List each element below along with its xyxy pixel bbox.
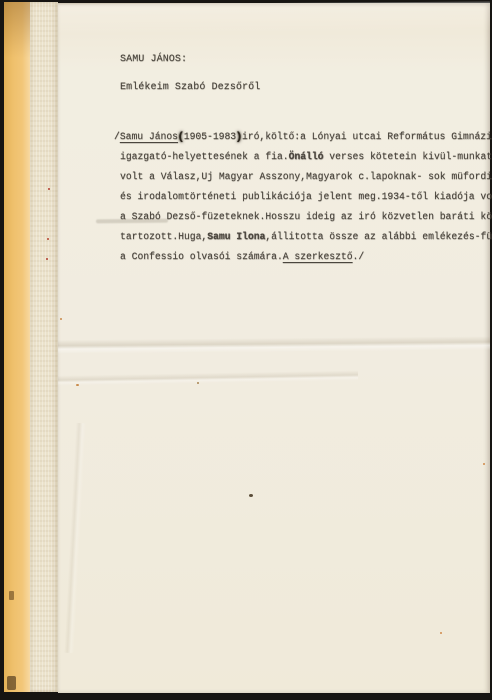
document-title: Emlékeim Szabó Dezsőről (120, 82, 260, 93)
strip-stain-top (4, 2, 30, 58)
typed-line: a Szabó Dezső-füzeteknek.Hosszu ideig az… (120, 207, 492, 227)
text-segment: a Confessio olvasói számára. (120, 251, 283, 262)
typed-line: a Confessio olvasói számára.A szerkesztő… (120, 247, 492, 267)
fold-crease-vertical (64, 423, 86, 653)
text-segment: igazgató-helyettesének a fia. (120, 151, 289, 162)
fold-crease-left (58, 370, 358, 385)
paper-speck (48, 188, 50, 190)
binding-strip-orange (4, 2, 30, 692)
strip-mark-dash (9, 591, 14, 600)
typed-line: és irodalomtörténeti publikációja jelent… (120, 187, 492, 207)
text-segment: ( (177, 126, 185, 149)
author-heading: SAMU JÁNOS: (120, 54, 187, 65)
paper-light-band (58, 1, 490, 34)
typed-line: igazgató-helyettesének a fia.Önálló vers… (120, 147, 492, 167)
binding-strip-cream (30, 2, 58, 692)
text-segment: verses kötetein kivül-munkatársa (323, 151, 492, 162)
text-segment: volt a Válasz,Uj Magyar Asszony,Magyarok… (120, 171, 492, 182)
paper-speck (249, 494, 253, 497)
text-segment: és irodalomtörténeti publikációja jelent… (120, 191, 492, 202)
paper-speck (483, 463, 485, 465)
document-page: SAMU JÁNOS: Emlékeim Szabó Dezsőről /Sam… (58, 3, 490, 693)
text-segment: Samu Ilona (207, 231, 265, 242)
text-segment: ) (235, 126, 243, 149)
text-segment: Samu János (120, 131, 178, 142)
paper-speck (76, 384, 79, 386)
typed-line: tartozott.Huga,Samu Ilona,állitotta össz… (120, 227, 492, 247)
typed-line: /Samu János(1905-1983)iró,költő:a Lónyai… (114, 127, 492, 147)
text-segment: ,állitotta össze az alábbi emlékezés-füz… (265, 231, 492, 242)
text-segment: tartozott.Huga, (120, 231, 207, 242)
typed-line: volt a Válasz,Uj Magyar Asszony,Magyarok… (120, 167, 492, 187)
text-segment: 1905-1983 (184, 131, 236, 142)
paper-speck (440, 632, 442, 634)
paper-speck (47, 238, 49, 240)
text-segment: a Szabó Dezső-füzeteknek.Hosszu ideig az… (120, 211, 492, 222)
paper-speck (46, 258, 48, 260)
scanned-document-photo: SAMU JÁNOS: Emlékeim Szabó Dezsőről /Sam… (0, 0, 492, 700)
paper-speck (60, 318, 62, 320)
text-segment: Önálló (289, 151, 324, 162)
fold-crease-horizontal (58, 336, 490, 354)
text-segment: iró,költő:a Lónyai utcai Református Gimn… (242, 131, 492, 142)
editor-note-paragraph: /Samu János(1905-1983)iró,költő:a Lónyai… (120, 127, 492, 267)
text-segment: ./ (353, 251, 365, 262)
strip-mark-blob (7, 676, 16, 690)
paper-speck (197, 382, 199, 384)
text-segment: A szerkesztő (283, 251, 353, 262)
